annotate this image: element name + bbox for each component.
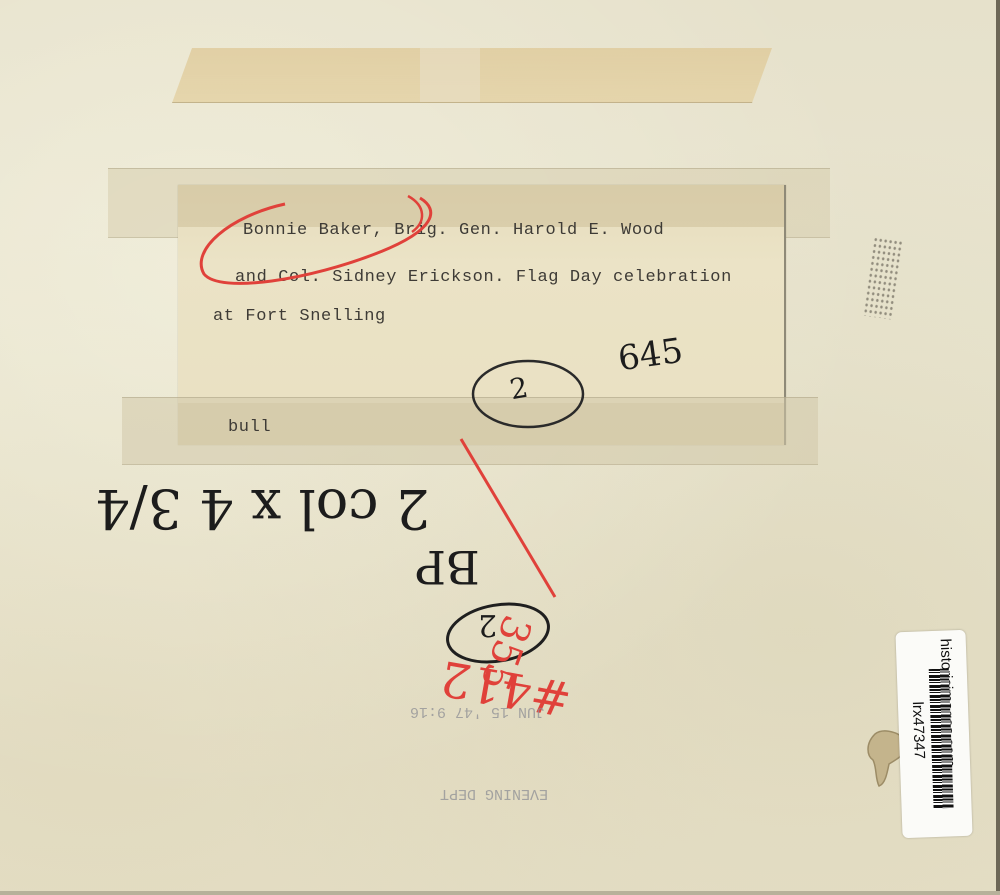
initials-upside-down: BP [415,540,480,594]
red-circle-mark [190,190,450,300]
barcode-label: historicimages.com lrx47347 [895,630,972,838]
tape-strip-gap [420,48,480,102]
date-stamp: JUN 15 '47 9:16 [410,703,545,720]
paper-edge-right [996,0,1000,895]
caption-line-3: at Fort Snelling [213,307,386,326]
caption-credit: bull [228,418,271,437]
dept-stamp: EVENING DEPT [440,785,548,802]
label-sku: lrx47347 [909,701,928,759]
paper-edge-bottom [0,891,1000,895]
size-note-upside-down: 2 col x 4 3/4 [95,477,430,540]
